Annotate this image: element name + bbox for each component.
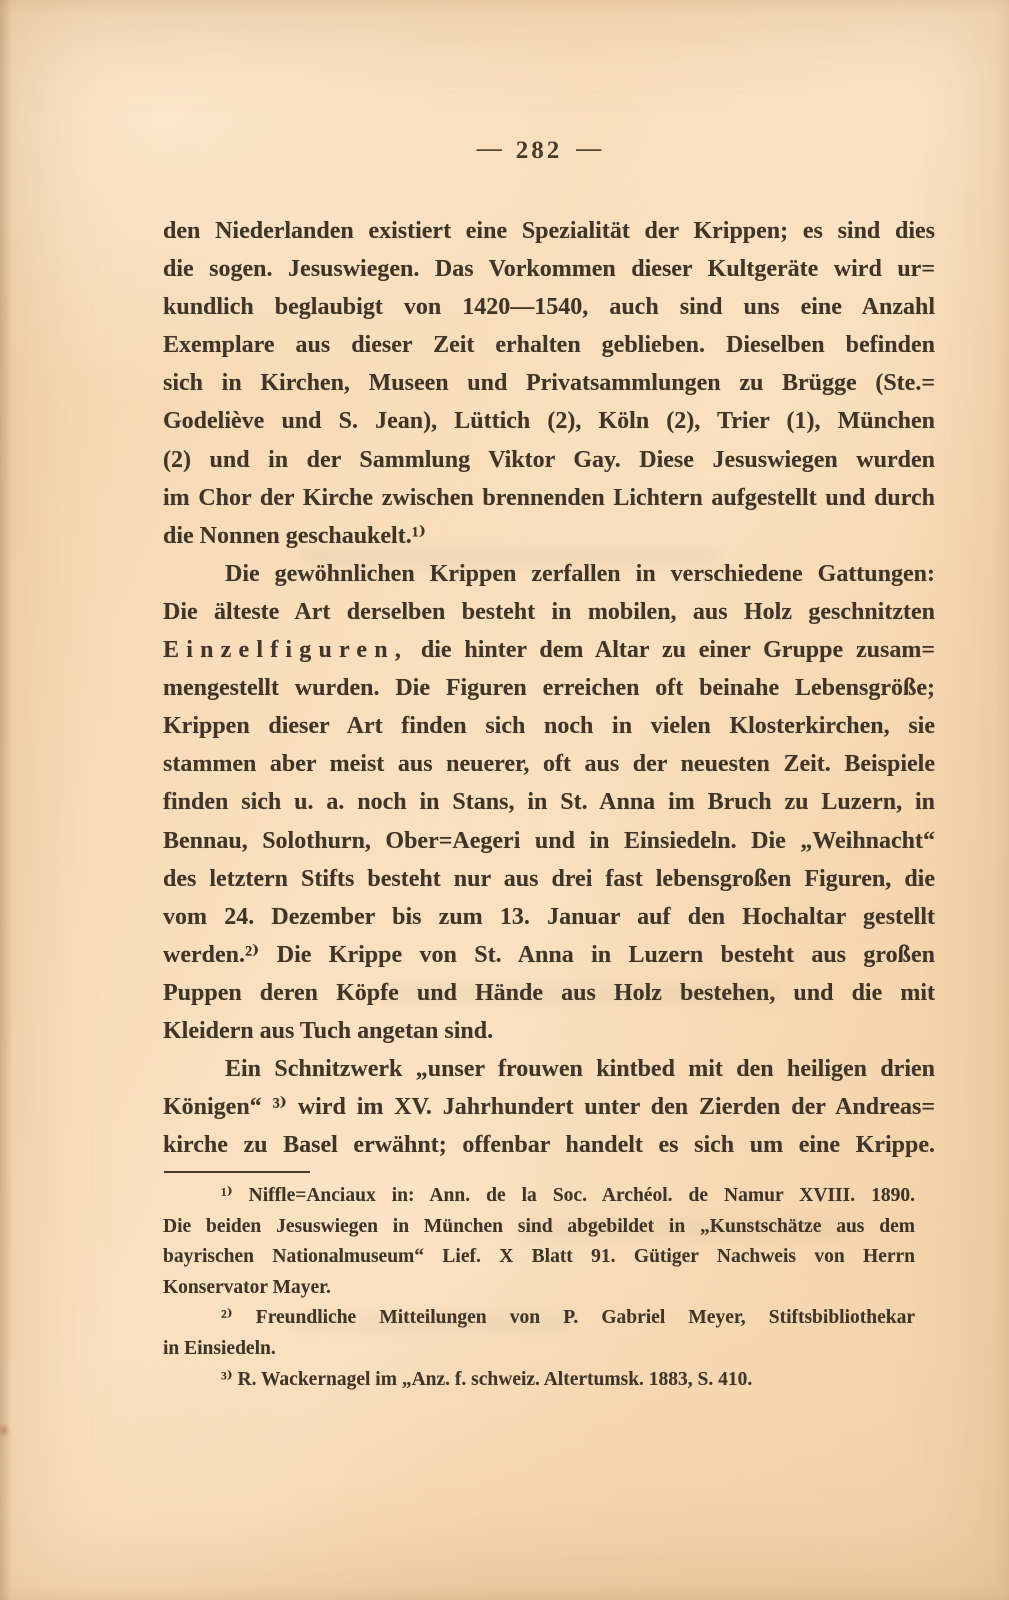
- body-text: den Niederlanden existiert eine Speziali…: [163, 212, 935, 1164]
- text-line: im Chor der Kirche zwischen brennenden L…: [163, 479, 935, 517]
- text-line: Exemplare aus dieser Zeit erhalten gebli…: [163, 326, 935, 364]
- text-line: finden sich u. a. noch in Stans, in St. …: [163, 783, 935, 821]
- text-line: Die älteste Art derselben besteht in mob…: [163, 593, 935, 631]
- header-dash-right: —: [576, 135, 601, 162]
- paper-speck: [0, 1422, 9, 1439]
- page-header: —282—: [153, 136, 925, 166]
- text-line: Königen“ ³⁾ wird im XV. Jahrhundert unte…: [163, 1088, 935, 1126]
- text-line: kundlich beglaubigt von 1420—1540, auch …: [163, 288, 935, 326]
- header-dash-left: —: [477, 135, 502, 162]
- footnote-line: ²⁾ Freundliche Mitteilungen von P. Gabri…: [163, 1303, 915, 1334]
- text-line: sich in Kirchen, Museen und Privatsammlu…: [163, 364, 935, 402]
- text-line: stammen aber meist aus neuerer, oft aus …: [163, 745, 935, 783]
- page-edge-shading: [0, 0, 12, 1600]
- scanned-book-page: —282— den Niederlanden existiert eine Sp…: [0, 0, 1009, 1600]
- text-line: Kleidern aus Tuch angetan sind.: [163, 1012, 935, 1050]
- text-line: des letztern Stifts besteht nur aus drei…: [163, 860, 935, 898]
- text-line: Krippen dieser Art finden sich noch in v…: [163, 707, 935, 745]
- text-line: den Niederlanden existiert eine Speziali…: [163, 212, 935, 250]
- text-line: Einzelfiguren, die hinter dem Altar zu e…: [163, 631, 935, 669]
- footnote-line: in Einsiedeln.: [163, 1334, 915, 1365]
- footnote-line: ³⁾ R. Wackernagel im „Anz. f. schweiz. A…: [163, 1365, 915, 1396]
- text-line: Die gewöhnlichen Krippen zerfallen in ve…: [163, 555, 935, 593]
- text-line: Godeliève und S. Jean), Lüttich (2), Köl…: [163, 402, 935, 440]
- footnote-line: ¹⁾ Niffle=Anciaux in: Ann. de la Soc. Ar…: [163, 1181, 915, 1212]
- text-line: Bennau, Solothurn, Ober=Aegeri und in Ei…: [163, 822, 935, 860]
- text-line: die Nonnen geschaukelt.¹⁾: [163, 517, 935, 555]
- footnote-separator: [164, 1171, 310, 1173]
- footnotes: ¹⁾ Niffle=Anciaux in: Ann. de la Soc. Ar…: [163, 1181, 915, 1395]
- page-number: 282: [516, 137, 563, 164]
- text-line: mengestellt wurden. Die Figuren erreiche…: [163, 669, 935, 707]
- footnote-line: bayrischen Nationalmuseum“ Lief. X Blatt…: [163, 1242, 915, 1273]
- footnote-line: Die beiden Jesuswiegen in München sind a…: [163, 1212, 915, 1243]
- footnote-line: Konservator Mayer.: [163, 1273, 915, 1304]
- text-line: vom 24. Dezember bis zum 13. Januar auf …: [163, 898, 935, 936]
- text-line: Ein Schnitzwerk „unser frouwen kintbed m…: [163, 1050, 935, 1088]
- text-line: werden.²⁾ Die Krippe von St. Anna in Luz…: [163, 936, 935, 974]
- text-line: (2) und in der Sammlung Viktor Gay. Dies…: [163, 441, 935, 479]
- text-line: kirche zu Basel erwähnt; offenbar handel…: [163, 1126, 935, 1164]
- letterspaced-word: Einzelfiguren,: [163, 637, 408, 663]
- text-line: die sogen. Jesuswiegen. Das Vorkommen di…: [163, 250, 935, 288]
- text-line: Puppen deren Köpfe und Hände aus Holz be…: [163, 974, 935, 1012]
